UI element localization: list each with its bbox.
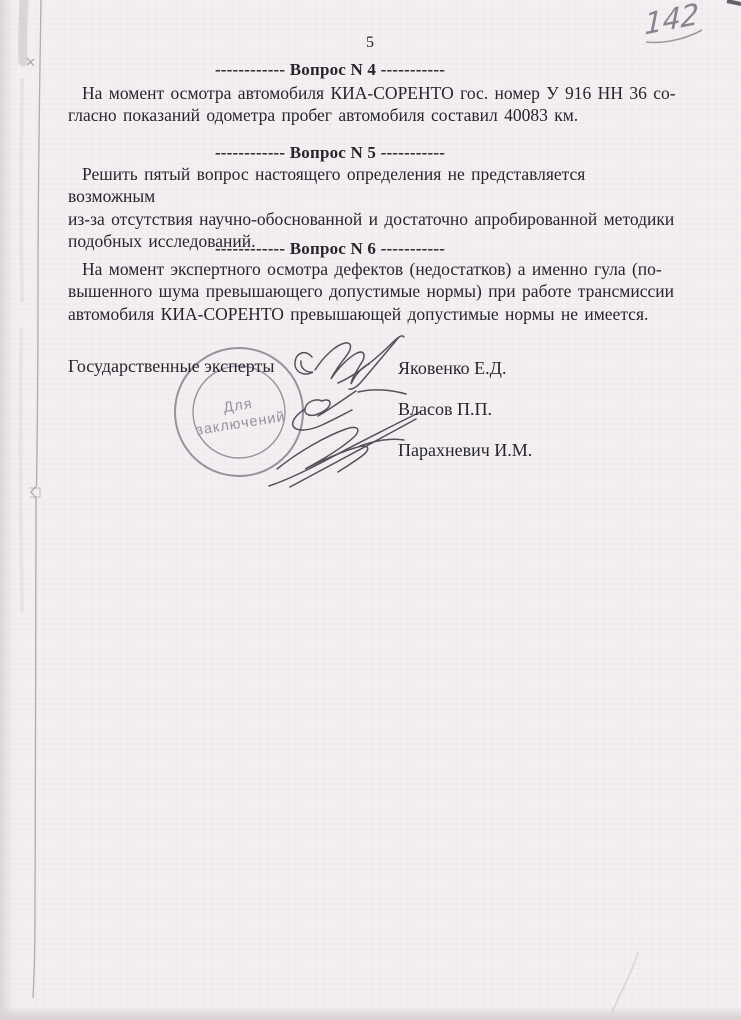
paragraph-line: На момент осмотра автомобиля КИА-СОРЕНТО… — [68, 82, 678, 104]
expert-name-yakovenko: Яковенко Е.Д. — [398, 358, 506, 379]
paragraph-line: гласно показаний одометра пробег автомоб… — [68, 104, 678, 126]
scanned-document-page: { "colors": { "paper": "#f4f0f2", "ink":… — [0, 0, 741, 1020]
paragraph-line: автомобиля КИА-СОРЕНТО превышающей допус… — [68, 303, 678, 325]
paragraph-line: На момент экспертного осмотра дефектов (… — [68, 258, 678, 280]
signature-yakovenko — [295, 336, 404, 389]
question-6-paragraph: На момент экспертного осмотра дефектов (… — [68, 258, 678, 325]
expert-name-vlasov: Власов П.П. — [398, 399, 492, 420]
staple-mark — [30, 488, 40, 497]
question-6-heading: ------------ Вопрос N 6 ----------- — [0, 239, 660, 259]
question-5-heading: ------------ Вопрос N 5 ----------- — [0, 143, 660, 163]
stamp-center-text-line1: Для — [222, 396, 253, 416]
stamp-ring-text: Воронежский РЦСЭ Минюста России — [183, 466, 316, 490]
paragraph-line: вышенного шума превышающего допустимые н… — [68, 280, 678, 302]
bottom-page-edge-shadow — [0, 1006, 741, 1020]
edge-smudge — [23, 0, 24, 62]
page-number: 5 — [0, 34, 741, 52]
question-4-heading: ------------ Вопрос N 4 ----------- — [0, 60, 660, 80]
question-4-paragraph: На момент осмотра автомобиля КИА-СОРЕНТО… — [68, 82, 678, 127]
experts-label: Государственные эксперты — [68, 356, 274, 377]
paragraph-line: Решить пятый вопрос настоящего определен… — [68, 163, 678, 208]
corner-mark — [727, 1, 741, 4]
paragraph-line: из-за отсутствия научно-обоснованной и д… — [68, 208, 678, 230]
bottom-right-crease — [612, 952, 638, 1012]
expert-name-parakhnevich: Парахневич И.М. — [398, 440, 532, 461]
